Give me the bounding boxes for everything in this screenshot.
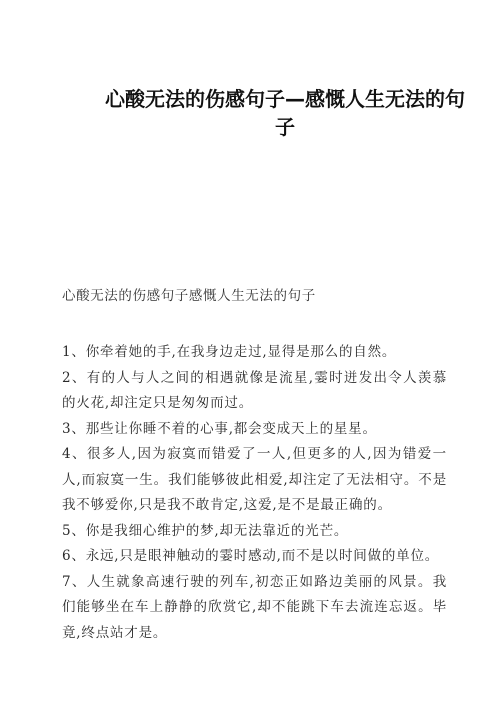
- list-item: 1、你牵着她的手,在我身边走过,显得是那么的自然。: [62, 340, 447, 366]
- document-page: 心酸无法的伤感句子—感慨人生无法的句子 心酸无法的伤感句子感慨人生无法的句子 1…: [0, 0, 500, 708]
- list-item: 2、有的人与人之间的相遇就像是流星,霎时迸发出令人羡慕的火花,却注定只是匆匆而过…: [62, 366, 447, 417]
- document-title: 心酸无法的伤感句子—感慨人生无法的句子: [100, 85, 470, 141]
- list-item: 7、人生就象高速行驶的列车,初恋正如路边美丽的风景。我们能够坐在车上静静的欣赏它…: [62, 570, 447, 647]
- list-item: 4、很多人,因为寂寞而错爱了一人,但更多的人,因为错爱一人,而寂寞一生。我们能够…: [62, 442, 447, 519]
- list-item: 3、那些让你睡不着的心事,都会变成天上的星星。: [62, 417, 447, 443]
- list-item: 5、你是我细心维护的梦,却无法靠近的光芒。: [62, 519, 447, 545]
- document-subtitle: 心酸无法的伤感句子感慨人生无法的句子: [62, 284, 316, 304]
- sentence-list: 1、你牵着她的手,在我身边走过,显得是那么的自然。 2、有的人与人之间的相遇就像…: [62, 340, 447, 646]
- list-item: 6、永远,只是眼神触动的霎时感动,而不是以时间做的单位。: [62, 544, 447, 570]
